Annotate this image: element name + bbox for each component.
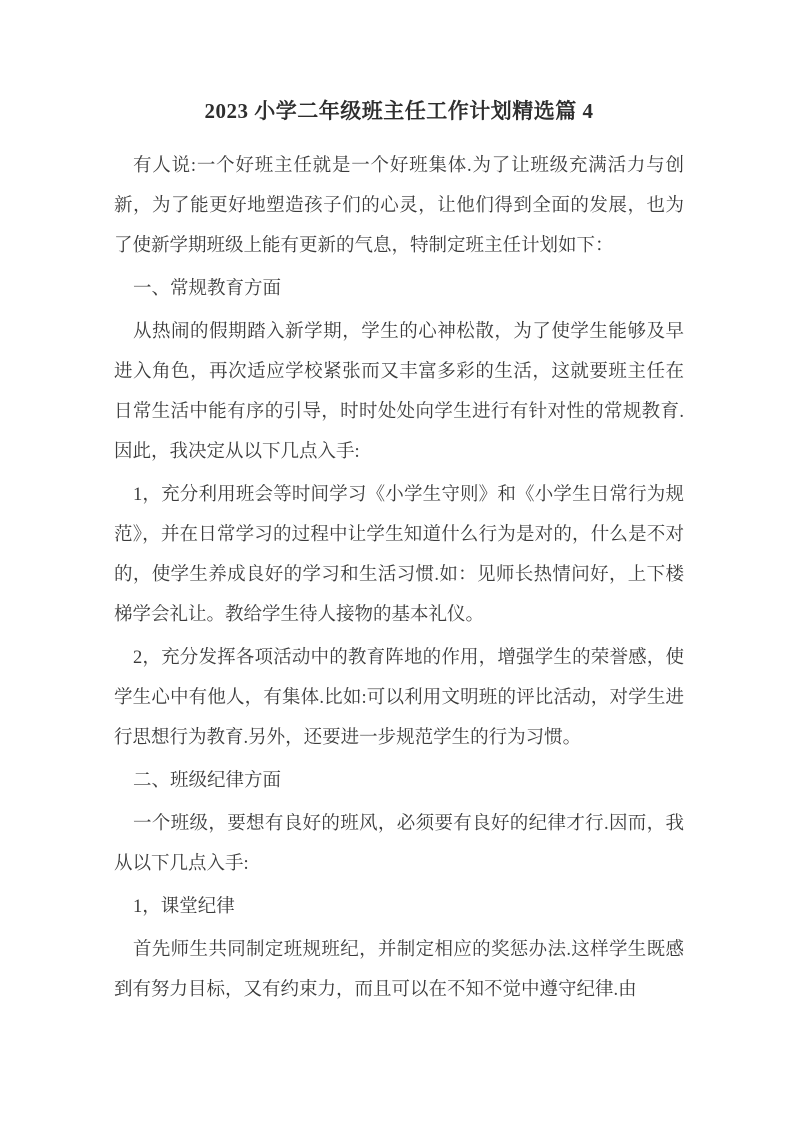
paragraph-classroom-discipline-body: 首先师生共同制定班规班纪，并制定相应的奖惩办法.这样学生既感到有努力目标，又有约…: [114, 930, 684, 1010]
paragraph-discipline-intro: 一个班级，要想有良好的班风，必须要有良好的纪律才行.因而，我从以下几点入手:: [114, 804, 684, 884]
document-page: 2023 小学二年级班主任工作计划精选篇 4 有人说:一个好班主任就是一个好班集…: [0, 0, 793, 1122]
section-heading-class-discipline: 二、班级纪律方面: [114, 761, 684, 801]
section-heading-regular-education: 一、常规教育方面: [114, 269, 684, 309]
paragraph-regular-education-intro: 从热闹的假期踏入新学期，学生的心神松散，为了使学生能够及早进入角色，再次适应学校…: [114, 312, 684, 472]
subheading-classroom-discipline: 1，课堂纪律: [114, 887, 684, 927]
paragraph-point-1-rules-learning: 1，充分利用班会等时间学习《小学生守则》和《小学生日常行为规范》，并在日常学习的…: [114, 475, 684, 635]
paragraph-point-2-activities: 2，充分发挥各项活动中的教育阵地的作用，增强学生的荣誉感，使学生心中有他人，有集…: [114, 638, 684, 758]
document-title: 2023 小学二年级班主任工作计划精选篇 4: [114, 96, 684, 126]
paragraph-intro: 有人说:一个好班主任就是一个好班集体.为了让班级充满活力与创新，为了能更好地塑造…: [114, 146, 684, 266]
